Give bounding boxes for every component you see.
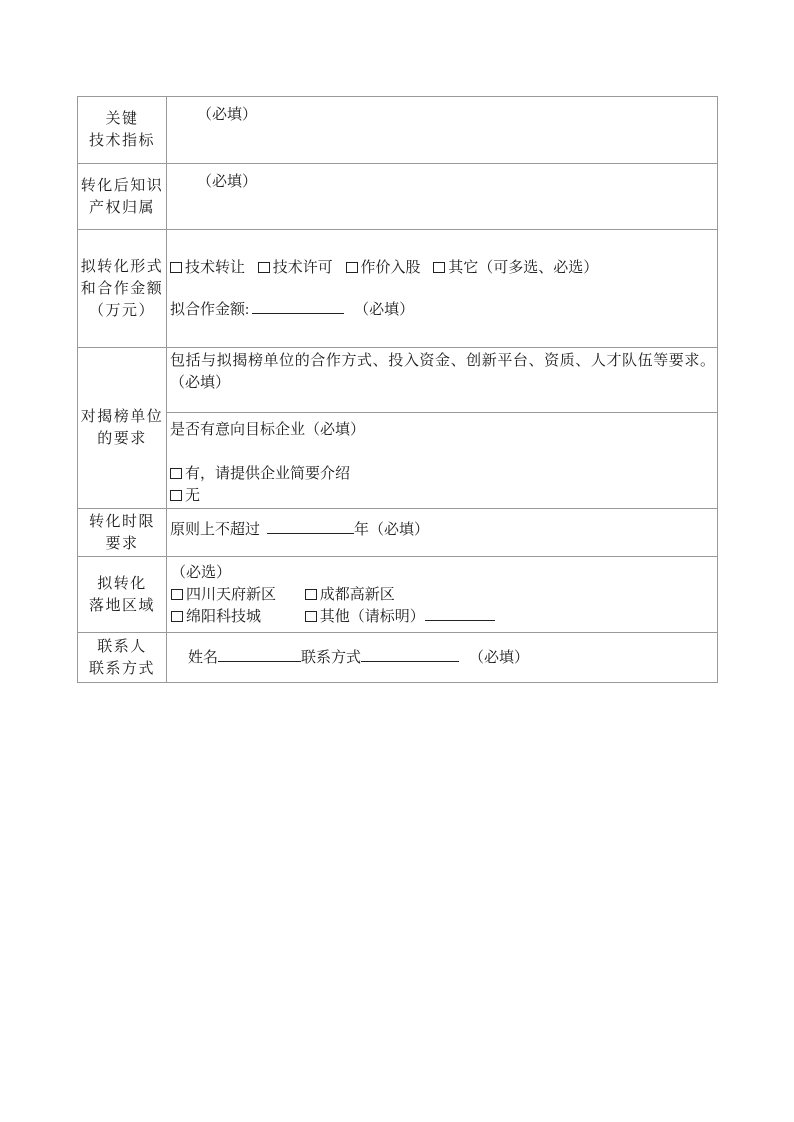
row-unit-requirements: 对揭榜单位 的要求 包括与拟揭榜单位的合作方式、投入资金、创新平台、资质、人才队… [78, 347, 717, 508]
option-label: 有，请提供企业简要介绍 [185, 466, 350, 482]
ip-ownership-input-area[interactable]: （必填） [167, 164, 717, 229]
blank-underline[interactable] [425, 606, 495, 621]
option-no-target: 无 [170, 485, 711, 507]
label-line: 转化时限 [89, 511, 155, 533]
label-line: 联系人 [97, 636, 147, 658]
label-line: 产权归属 [89, 197, 155, 219]
label-line: 联系方式 [89, 658, 155, 680]
row-landing-region: 拟转化 落地区域 （必选） 四川天府新区 成都高新区 绵阳科技城 其他（请标明） [78, 556, 717, 632]
option-other-form: 其它（可多选、必选） [433, 260, 598, 276]
name-label: 姓名 [188, 650, 218, 666]
option-mianyang: 绵阳科技城 [171, 606, 301, 628]
option-label: 四川天府新区 [186, 587, 276, 603]
checkbox-icon[interactable] [171, 611, 183, 622]
time-limit-content: 原则上不超过年（必填） [167, 509, 717, 556]
row-form-and-amount: 拟转化形式 和合作金额 （万元） 技术转让 技术许可 作价入股 其它（可多选、必… [78, 229, 717, 347]
label-line: 关键 [105, 108, 138, 130]
option-tech-transfer: 技术转让 [170, 260, 245, 276]
option-chengdu-hitech: 成都高新区 [305, 587, 395, 603]
option-other-region: 其他（请标明） [305, 609, 495, 625]
blank-underline[interactable] [361, 647, 459, 662]
option-label: 绵阳科技城 [186, 609, 261, 625]
label-line: 对揭榜单位 [81, 406, 164, 428]
checkbox-icon[interactable] [170, 468, 182, 479]
required-hint: （必填） [197, 174, 257, 190]
label-line: （万元） [89, 300, 155, 322]
checkbox-icon[interactable] [305, 611, 317, 622]
row-label-unit-requirements: 对揭榜单位 的要求 [78, 348, 167, 508]
amount-label: 拟合作金额: [170, 302, 249, 318]
amount-line: 拟合作金额:（必填） [170, 299, 717, 321]
time-limit-suffix: 年（必填） [354, 522, 429, 538]
region-required-hint: （必选） [171, 562, 717, 584]
option-label: 其他（请标明） [320, 609, 425, 625]
checkbox-icon[interactable] [305, 589, 317, 600]
label-line: 要求 [105, 533, 138, 555]
row-label-time-limit: 转化时限 要求 [78, 509, 167, 556]
checkbox-icon[interactable] [433, 262, 445, 273]
required-hint: （必填） [354, 302, 414, 318]
option-tianfu: 四川天府新区 [171, 584, 301, 606]
unit-requirements-content: 包括与拟揭榜单位的合作方式、投入资金、创新平台、资质、人才队伍等要求。（必填） … [167, 348, 717, 508]
row-contact-info: 联系人 联系方式 姓名联系方式（必填） [78, 632, 717, 682]
option-label: 技术许可 [273, 260, 333, 276]
row-time-limit: 转化时限 要求 原则上不超过年（必填） [78, 508, 717, 556]
blank-underline[interactable] [252, 299, 344, 314]
checkbox-icon[interactable] [170, 490, 182, 501]
option-equity: 作价入股 [346, 260, 421, 276]
contact-method-label: 联系方式 [301, 650, 361, 666]
label-line: 和合作金额 [81, 278, 164, 300]
option-label: 无 [185, 488, 200, 504]
row-label-key-tech: 关键 技术指标 [78, 97, 167, 163]
label-line: 的要求 [97, 428, 147, 450]
required-hint: （必填） [469, 650, 529, 666]
checkbox-icon[interactable] [346, 262, 358, 273]
transfer-form-options: 技术转让 技术许可 作价入股 其它（可多选、必选） [170, 257, 717, 279]
required-hint: （必填） [197, 107, 257, 123]
row-label-form-amount: 拟转化形式 和合作金额 （万元） [78, 230, 167, 347]
row-ip-ownership: 转化后知识 产权归属 （必填） [78, 163, 717, 229]
region-options-line-2: 绵阳科技城 其他（请标明） [171, 606, 717, 628]
target-company-cell: 是否有意向目标企业（必填） 有，请提供企业简要介绍 无 [167, 412, 717, 508]
region-options-line-1: 四川天府新区 成都高新区 [171, 584, 717, 606]
label-line: 拟转化 [97, 573, 147, 595]
label-line: 拟转化形式 [81, 256, 164, 278]
label-line: 落地区域 [89, 595, 155, 617]
target-company-question: 是否有意向目标企业（必填） [170, 419, 711, 441]
spacer [170, 441, 711, 463]
document-page: 关键 技术指标 （必填） 转化后知识 产权归属 （必填） 拟转化形式 和合作金额… [0, 0, 794, 1122]
time-limit-prefix: 原则上不超过 [170, 522, 260, 538]
option-label: 作价入股 [361, 260, 421, 276]
form-amount-content: 技术转让 技术许可 作价入股 其它（可多选、必选） 拟合作金额:（必填） [167, 230, 717, 347]
option-label: 技术转让 [185, 260, 245, 276]
requirements-description: 包括与拟揭榜单位的合作方式、投入资金、创新平台、资质、人才队伍等要求。（必填） [170, 353, 715, 391]
option-label: 成都高新区 [320, 587, 395, 603]
blank-underline[interactable] [218, 647, 301, 662]
label-line: 技术指标 [89, 130, 155, 152]
contact-content: 姓名联系方式（必填） [167, 633, 717, 682]
checkbox-icon[interactable] [258, 262, 270, 273]
key-tech-input-area[interactable]: （必填） [167, 97, 717, 163]
row-label-ip-ownership: 转化后知识 产权归属 [78, 164, 167, 229]
row-key-tech-indicators: 关键 技术指标 （必填） [78, 97, 717, 163]
label-line: 转化后知识 [81, 175, 164, 197]
option-tech-license: 技术许可 [258, 260, 333, 276]
checkbox-icon[interactable] [171, 589, 183, 600]
blank-underline[interactable] [267, 519, 354, 534]
landing-region-content: （必选） 四川天府新区 成都高新区 绵阳科技城 其他（请标明） [167, 557, 717, 632]
row-label-landing-region: 拟转化 落地区域 [78, 557, 167, 632]
requirements-description-cell[interactable]: 包括与拟揭榜单位的合作方式、投入资金、创新平台、资质、人才队伍等要求。（必填） [167, 348, 717, 412]
checkbox-icon[interactable] [170, 262, 182, 273]
application-form-table: 关键 技术指标 （必填） 转化后知识 产权归属 （必填） 拟转化形式 和合作金额… [77, 96, 718, 683]
option-has-target: 有，请提供企业简要介绍 [170, 463, 711, 485]
option-label: 其它（可多选、必选） [448, 260, 598, 276]
row-label-contact: 联系人 联系方式 [78, 633, 167, 682]
